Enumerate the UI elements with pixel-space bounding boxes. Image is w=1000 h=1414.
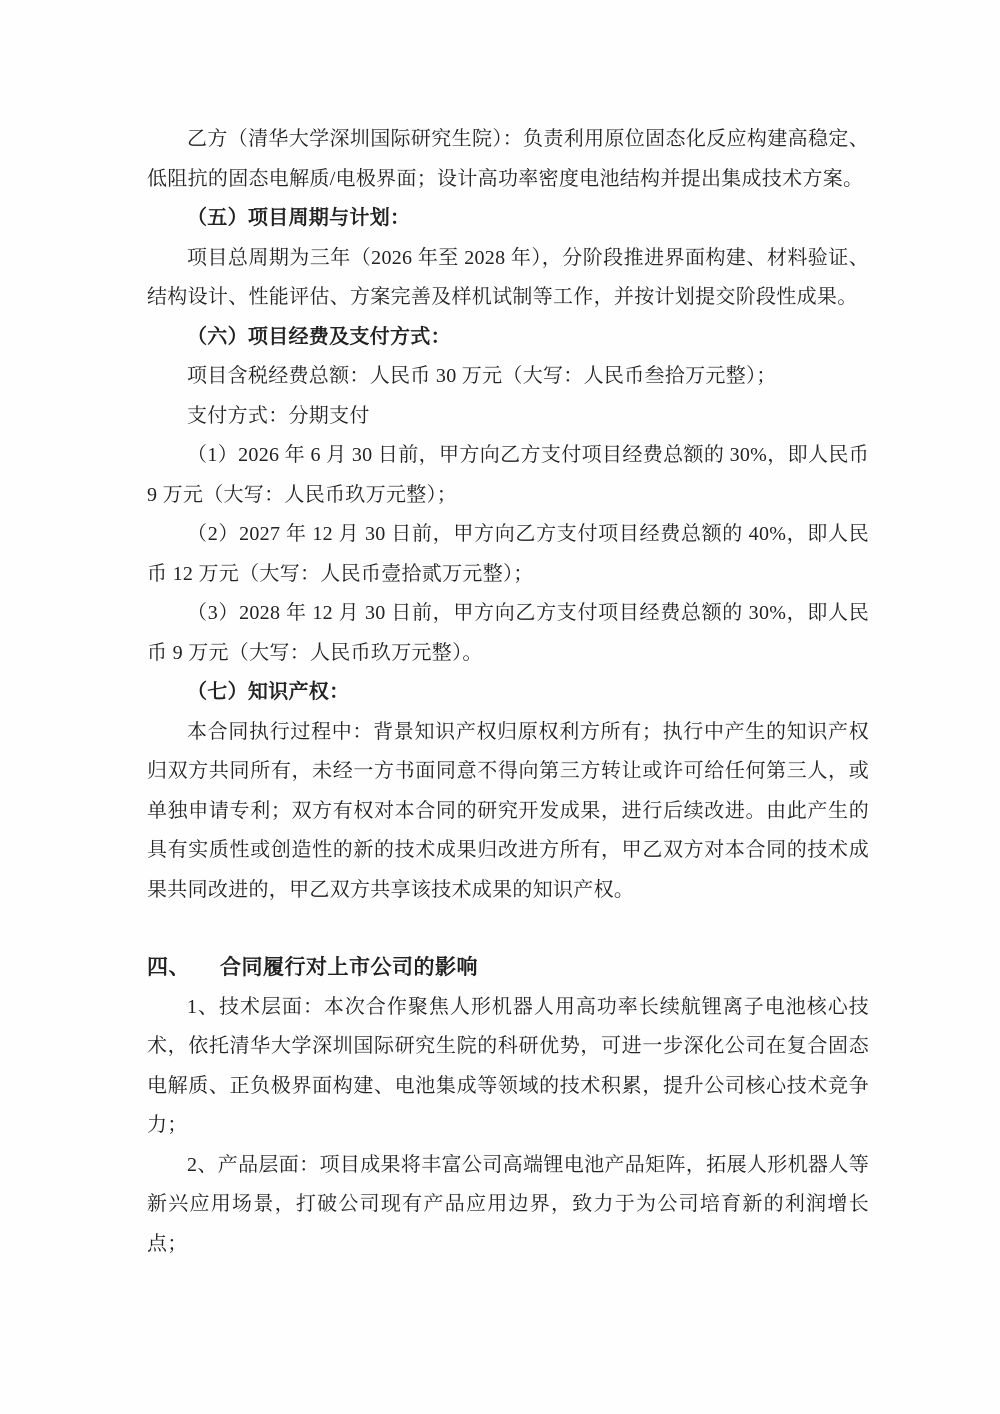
heading-section-five-project-schedule: （五）项目周期与计划： <box>147 199 869 239</box>
document-page: { "page": { "colors": { "background": "#… <box>0 0 1000 1414</box>
para-intellectual-property: 本合同执行过程中：背景知识产权归原权利方所有；执行中产生的知识产权归双方共同所有… <box>147 713 869 911</box>
chapter-four-number: 四、 <box>147 948 190 988</box>
para-installment-3: （3）2028 年 12 月 30 日前，甲方向乙方支付项目经费总额的 30%，… <box>147 594 869 673</box>
para-installment-2: （2）2027 年 12 月 30 日前，甲方向乙方支付项目经费总额的 40%，… <box>147 515 869 594</box>
contract-text-block: 乙方（清华大学深圳国际研究生院）：负责利用原位固态化反应构建高稳定、低阻抗的固态… <box>147 120 869 1264</box>
para-payment-method: 支付方式：分期支付 <box>147 397 869 437</box>
para-party-b-obligation: 乙方（清华大学深圳国际研究生院）：负责利用原位固态化反应构建高稳定、低阻抗的固态… <box>147 120 869 199</box>
para-impact-technology: 1、技术层面：本次合作聚焦人形机器人用高功率长续航锂离子电池核心技术，依托清华大… <box>147 988 869 1146</box>
heading-chapter-four-impact: 四、 合同履行对上市公司的影响 <box>147 948 869 988</box>
heading-section-six-funding-payment: （六）项目经费及支付方式： <box>147 318 869 358</box>
heading-section-seven-ip: （七）知识产权： <box>147 673 869 713</box>
para-impact-product: 2、产品层面：项目成果将丰富公司高端锂电池产品矩阵，拓展人形机器人等新兴应用场景… <box>147 1146 869 1265</box>
para-installment-1: （1）2026 年 6 月 30 日前，甲方向乙方支付项目经费总额的 30%，即… <box>147 436 869 515</box>
para-project-period: 项目总周期为三年（2026 年至 2028 年），分阶段推进界面构建、材料验证、… <box>147 239 869 318</box>
chapter-four-title: 合同履行对上市公司的影响 <box>220 948 478 988</box>
para-total-fee: 项目含税经费总额：人民币 30 万元（大写：人民币叁拾万元整）； <box>147 357 869 397</box>
